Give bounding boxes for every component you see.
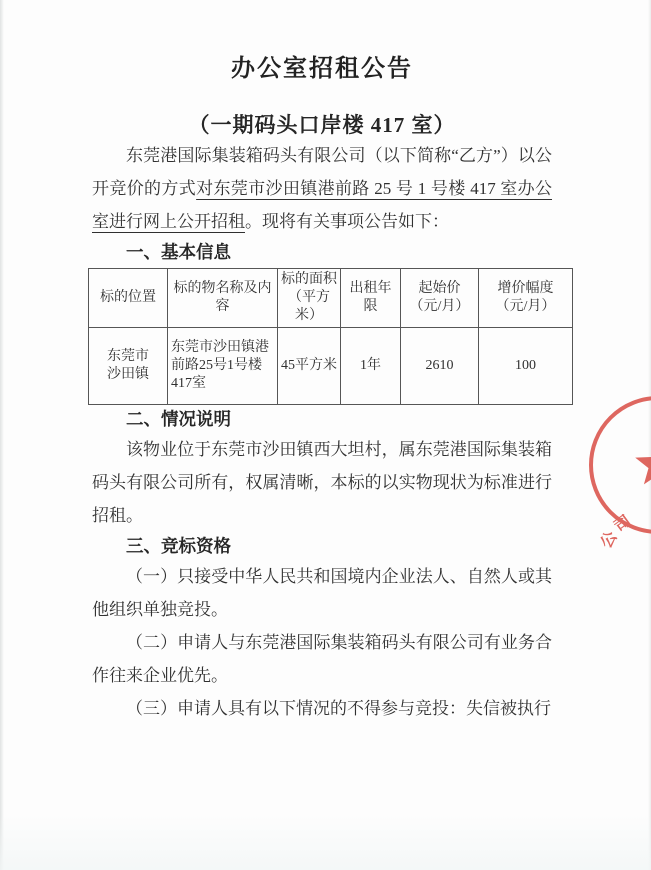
intro-paragraph: 东莞港国际集装箱码头有限公司（以下简称“乙方”）以公开竞价的方式对东莞市沙田镇港… xyxy=(92,139,552,238)
col-header-location: 标的位置 xyxy=(89,269,168,328)
seal-star-icon xyxy=(635,441,651,484)
table-header-row: 标的位置 标的物名称及内 容 标的面积 （平方 米） 出租年 限 起始价 （元/… xyxy=(89,269,573,328)
col-header-area: 标的面积 （平方 米） xyxy=(278,269,341,328)
intro-text-suffix: 。现将有关事项公告如下： xyxy=(245,212,449,231)
qualification-item-2: （二）申请人与东莞港国际集装箱码头有限公司有业务合作往来企业优先。 xyxy=(92,626,552,692)
cell-location: 东莞市 沙田镇 xyxy=(89,328,168,405)
company-seal-stamp: 东莞港国际集装箱码头有限公司 xyxy=(578,390,651,550)
qualification-item-3: （三）申请人具有以下情况的不得参与竞投：失信被执行 xyxy=(92,692,552,725)
page-subtitle: （一期码头口岸楼 417 室） xyxy=(92,111,552,139)
cell-start-price: 2610 xyxy=(401,328,479,405)
document-page: 办公室招租公告 （一期码头口岸楼 417 室） 东莞港国际集装箱码头有限公司（以… xyxy=(0,0,651,870)
seal-ring xyxy=(591,398,651,532)
basic-info-table: 标的位置 标的物名称及内 容 标的面积 （平方 米） 出租年 限 起始价 （元/… xyxy=(88,268,573,405)
document-body: 办公室招租公告 （一期码头口岸楼 417 室） 东莞港国际集装箱码头有限公司（以… xyxy=(92,54,552,725)
col-header-term: 出租年 限 xyxy=(341,269,401,328)
section-heading-basic-info: 一、基本信息 xyxy=(92,238,552,266)
col-header-increment: 增价幅度 （元/月） xyxy=(479,269,573,328)
table-row: 东莞市 沙田镇 东莞市沙田镇港 前路25号1号楼 417室 45平方米 1年 2… xyxy=(89,328,573,405)
page-title: 办公室招租公告 xyxy=(92,54,552,84)
cell-property-name: 东莞市沙田镇港 前路25号1号楼 417室 xyxy=(168,328,278,405)
col-header-name: 标的物名称及内 容 xyxy=(168,269,278,328)
qualification-item-1: （一）只接受中华人民共和国境内企业法人、自然人或其他组织单独竞投。 xyxy=(92,560,552,626)
section-heading-situation: 二、情况说明 xyxy=(92,405,552,433)
scan-bottom-artifact xyxy=(0,815,651,870)
cell-term: 1年 xyxy=(341,328,401,405)
cell-area: 45平方米 xyxy=(278,328,341,405)
col-header-start-price: 起始价 （元/月） xyxy=(401,269,479,328)
cell-increment: 100 xyxy=(479,328,573,405)
scan-edge-artifact-left xyxy=(0,0,4,870)
situation-paragraph: 该物业位于东莞市沙田镇西大坦村，属东莞港国际集装箱码头有限公司所有，权属清晰，本… xyxy=(92,433,552,532)
section-heading-qualification: 三、竞标资格 xyxy=(92,532,552,560)
